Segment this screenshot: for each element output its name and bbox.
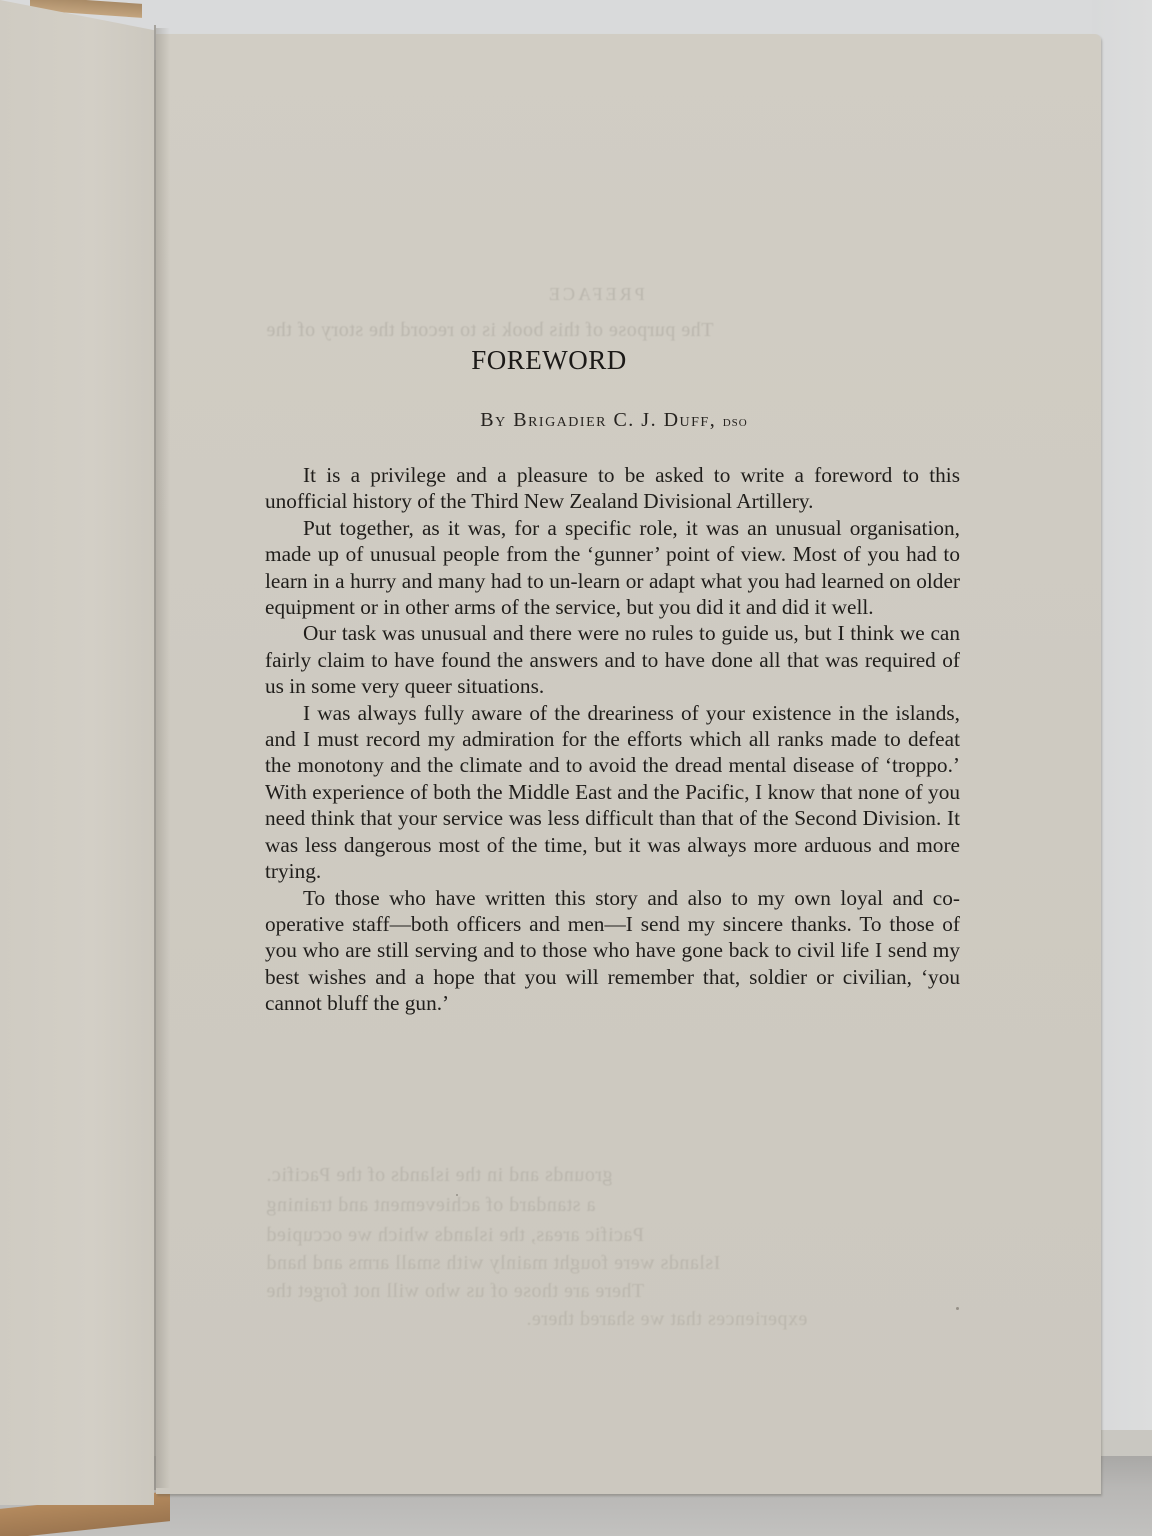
paragraph: Put together, as it was, for a specific …	[265, 515, 960, 621]
book-gutter	[154, 25, 156, 1490]
gutter-shadow	[156, 28, 170, 1488]
bleed-through-heading: PREFACE	[546, 284, 645, 305]
bleed-through-line: a standard of achievement and training	[266, 1194, 595, 1217]
paper-speck	[956, 1307, 959, 1310]
paragraph: Our task was unusual and there were no r…	[265, 620, 960, 699]
bleed-through-line: The purpose of this book is to record th…	[266, 319, 713, 342]
bleed-through-line: Pacific areas, the islands which we occu…	[266, 1224, 644, 1247]
left-flyleaf	[0, 0, 154, 1505]
bleed-through-line: There are those of us who will not forge…	[266, 1280, 644, 1303]
paragraph: I was always fully aware of the drearine…	[265, 700, 960, 885]
bleed-through-line: grounds and in the islands of the Pacifi…	[266, 1164, 613, 1187]
paragraph: It is a privilege and a pleasure to be a…	[265, 462, 960, 515]
byline-honours: dso	[723, 414, 748, 430]
author-byline: By Brigadier C. J. Duff, dso	[0, 409, 1152, 432]
paper-speck	[456, 1194, 458, 1196]
bleed-through-line: Islands were fought mainly with small ar…	[266, 1252, 720, 1275]
backdrop-right	[1092, 0, 1152, 1430]
foreword-body: It is a privilege and a pleasure to be a…	[265, 462, 960, 1017]
bleed-through-line: experiences that we shared there.	[526, 1308, 807, 1331]
paragraph: To those who have written this story and…	[265, 885, 960, 1017]
byline-author: By Brigadier C. J. Duff,	[480, 409, 716, 431]
page-title: FOREWORD	[0, 345, 1098, 376]
